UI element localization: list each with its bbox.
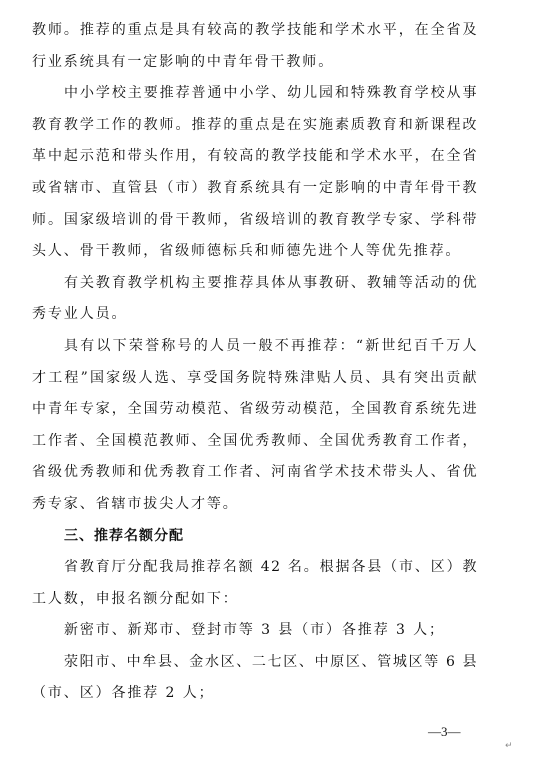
text-line: 新密市、新郑市、登封市等 3 县（市）各推荐 3 人；	[32, 615, 478, 647]
text-line: 教师。推荐的重点是具有较高的教学技能和学术水平，在全省及	[32, 15, 478, 47]
text-line: （市、区）各推荐 2 人；	[32, 678, 478, 710]
text-line: 省级优秀教师和优秀教育工作者、河南省学术技术带头人、省优	[32, 457, 478, 489]
document-body: 教师。推荐的重点是具有较高的教学技能和学术水平，在全省及 行业系统具有一定影响的…	[32, 15, 478, 710]
text-line: 工作者、全国模范教师、全国优秀教师、全国优秀教育工作者，	[32, 426, 478, 458]
text-line: 才工程”国家级人选、享受国务院特殊津贴人员、具有突出贡献	[32, 363, 478, 395]
paragraph-mark-icon: ↵	[505, 740, 513, 752]
text-line: 头人、骨干教师，省级师德标兵和师德先进个人等优先推荐。	[32, 236, 478, 268]
text-line: 具有以下荣誉称号的人员一般不再推荐：“新世纪百千万人	[32, 331, 478, 363]
document-page: 教师。推荐的重点是具有较高的教学技能和学术水平，在全省及 行业系统具有一定影响的…	[0, 0, 533, 763]
text-line: 有关教育教学机构主要推荐具体从事教研、教辅等活动的优	[32, 268, 478, 300]
section-heading: 三、推荐名额分配	[32, 521, 478, 553]
text-line: 秀专业人员。	[32, 299, 478, 331]
text-line: 师。国家级培训的骨干教师，省级培训的教育教学专家、学科带	[32, 205, 478, 237]
text-line: 中青年专家，全国劳动模范、省级劳动模范，全国教育系统先进	[32, 394, 478, 426]
text-line: 教育教学工作的教师。推荐的重点是在实施素质教育和新课程改	[32, 110, 478, 142]
text-line: 省教育厅分配我局推荐名额 42 名。根据各县（市、区）教职	[32, 552, 478, 584]
text-line: 荥阳市、中牟县、金水区、二七区、中原区、管城区等 6 县	[32, 647, 478, 679]
text-line: 革中起示范和带头作用，有较高的教学技能和学术水平，在全省	[32, 141, 478, 173]
page-number: —3—	[428, 722, 461, 742]
text-line: 中小学校主要推荐普通中小学、幼儿园和特殊教育学校从事	[32, 78, 478, 110]
text-line: 行业系统具有一定影响的中青年骨干教师。	[32, 47, 478, 79]
text-line: 工人数，申报名额分配如下：	[32, 584, 478, 616]
text-line: 或省辖市、直管县（市）教育系统具有一定影响的中青年骨干教	[32, 173, 478, 205]
text-line: 秀专家、省辖市拔尖人才等。	[32, 489, 478, 521]
